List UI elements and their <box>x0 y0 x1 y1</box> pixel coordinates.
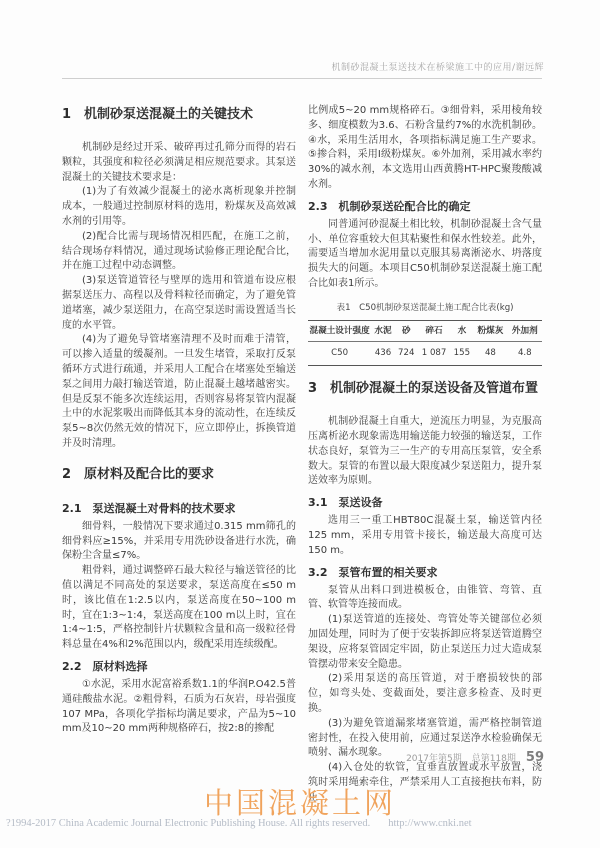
table-cell: 4.8 <box>508 342 542 366</box>
paragraph: (1)为了有效减少混凝土的泌水离析现象并控制成本，一般通过控制原材料的选用，粉煤… <box>62 185 296 229</box>
table-row: C504367241 087155484.8 <box>308 342 542 366</box>
paragraph: 同普通河砂混凝土相比较，机制砂混凝土含气量小、单位容重较大但其粘聚性和保水性较差… <box>308 218 542 292</box>
paragraph: (1)泵送管道的连接处、弯管处等关键部位必须加固处理，同时为了便于安装拆卸应将泵… <box>308 613 542 672</box>
copyright-strip: ?1994-2017 China Academic Journal Electr… <box>6 818 594 829</box>
section-heading: 1 机制砂泵送混凝土的关键技术 <box>62 106 296 123</box>
paragraph: (2)采用泵送的高压管道，对于磨损较快的部位，如弯头处、变截面处，要注意多检查、… <box>308 672 542 716</box>
paragraph: ①水泥，采用水泥富裕系数1.1的华润P.O42.5普通硅酸盐水泥。②粗骨料，石质… <box>62 678 296 737</box>
table-cell: C50 <box>308 342 371 366</box>
paragraph: 细骨料，一般情况下要求通过0.315 mm筛孔的细骨料应≥15%，并采用专用洗砂… <box>62 520 296 564</box>
page-number: 59 <box>526 750 544 765</box>
subsection-heading: 2.1 泵送混凝土对骨料的技术要求 <box>62 501 296 516</box>
concrete-mix-table: 混凝土设计强度水泥砂碎石水粉煤灰外加剂C504367241 087155484.… <box>308 320 542 367</box>
subsection-heading: 2.2 原材料选择 <box>62 659 296 674</box>
table-caption: 表1 C50机制砂泵送混凝土施工配合比表(kg) <box>308 301 542 316</box>
header-rule <box>62 78 542 79</box>
table-cell: 436 <box>371 342 395 366</box>
watermark-text: 中国混凝土网 <box>0 781 600 822</box>
volume-label: 总第118期 <box>472 751 516 764</box>
paragraph: 粗骨料，通过调整碎石最大粒径与输送管径的比值以满足不同高处的泵送要求，泵送高度在… <box>62 564 296 653</box>
article-body: 1 机制砂泵送混凝土的关键技术机制砂是经过开采、破碎再过孔筛分而得的岩石颗粒，其… <box>62 104 542 805</box>
table-header-cell: 碎石 <box>418 320 451 342</box>
paragraph: 机制砂混凝土自重大，逆流压力明显，为克服高压离析泌水现象需选用输送能力较强的输送… <box>308 415 542 489</box>
subsection-heading: 3.1 泵送设备 <box>308 495 542 510</box>
paragraph: (4)为了避免导管堵塞清理不及时而难于清管，可以掺入适量的缓凝剂。一旦发生堵管，… <box>62 333 296 451</box>
table-header-cell: 水泥 <box>371 320 395 342</box>
issue-label: 2017年第5期 <box>406 751 462 764</box>
table-header-cell: 水 <box>451 320 474 342</box>
table-cell: 155 <box>451 342 474 366</box>
paragraph: 机制砂是经过开采、破碎再过孔筛分而得的岩石颗粒，其强度和粒径必须满足相应规范要求… <box>62 141 296 185</box>
page-footer: 2017年第5期 总第118期 59 <box>406 750 544 765</box>
paragraph: (2)配合比需与现场情况相匹配，在施工之前，结合现场存料情况，通过现场试验修正理… <box>62 230 296 274</box>
table-header-cell: 外加剂 <box>508 320 542 342</box>
running-header: 机制砂混凝土泵送技术在桥梁施工中的应用/谢远辉 <box>331 60 544 73</box>
right-column: 比例成5~20 mm规格碎石。③细骨料，采用棱角较多、细度模数为3.6、石粉含量… <box>308 104 542 805</box>
subsection-heading: 2.3 机制砂泵送砼配合比的确定 <box>308 199 542 214</box>
subsection-heading: 3.2 泵管布置的相关要求 <box>308 565 542 580</box>
paragraph: 比例成5~20 mm规格碎石。③细骨料，采用棱角较多、细度模数为3.6、石粉含量… <box>308 104 542 193</box>
copyright-text: ?1994-2017 China Academic Journal Electr… <box>6 818 370 829</box>
paragraph: 选用三一重工HBT80C混凝土泵，输送管内径125 mm，采用专用管卡接长，输送… <box>308 514 542 558</box>
left-column: 1 机制砂泵送混凝土的关键技术机制砂是经过开采、破碎再过孔筛分而得的岩石颗粒，其… <box>62 104 296 805</box>
paragraph: 泵管从出料口到进模板仓，由锥管、弯管、直管、软管等连接而成。 <box>308 584 542 614</box>
table-cell: 48 <box>473 342 507 366</box>
table-header-cell: 砂 <box>395 320 418 342</box>
section-heading: 3 机制砂混凝土的泵送设备及管道布置 <box>308 380 542 397</box>
copyright-url: http://www.cnki.net <box>388 818 471 829</box>
scanned-paper-page: 机制砂混凝土泵送技术在桥梁施工中的应用/谢远辉 1 机制砂泵送混凝土的关键技术机… <box>0 0 600 848</box>
table-header-cell: 混凝土设计强度 <box>308 320 371 342</box>
section-heading: 2 原材料及配合比的要求 <box>62 466 296 483</box>
table-cell: 1 087 <box>418 342 451 366</box>
table-header-cell: 粉煤灰 <box>473 320 507 342</box>
paragraph: (3)泵送管道管径与壁厚的选用和管道布设应根据泵送压力、高程以及骨料粒径而确定，… <box>62 274 296 333</box>
table-cell: 724 <box>395 342 418 366</box>
